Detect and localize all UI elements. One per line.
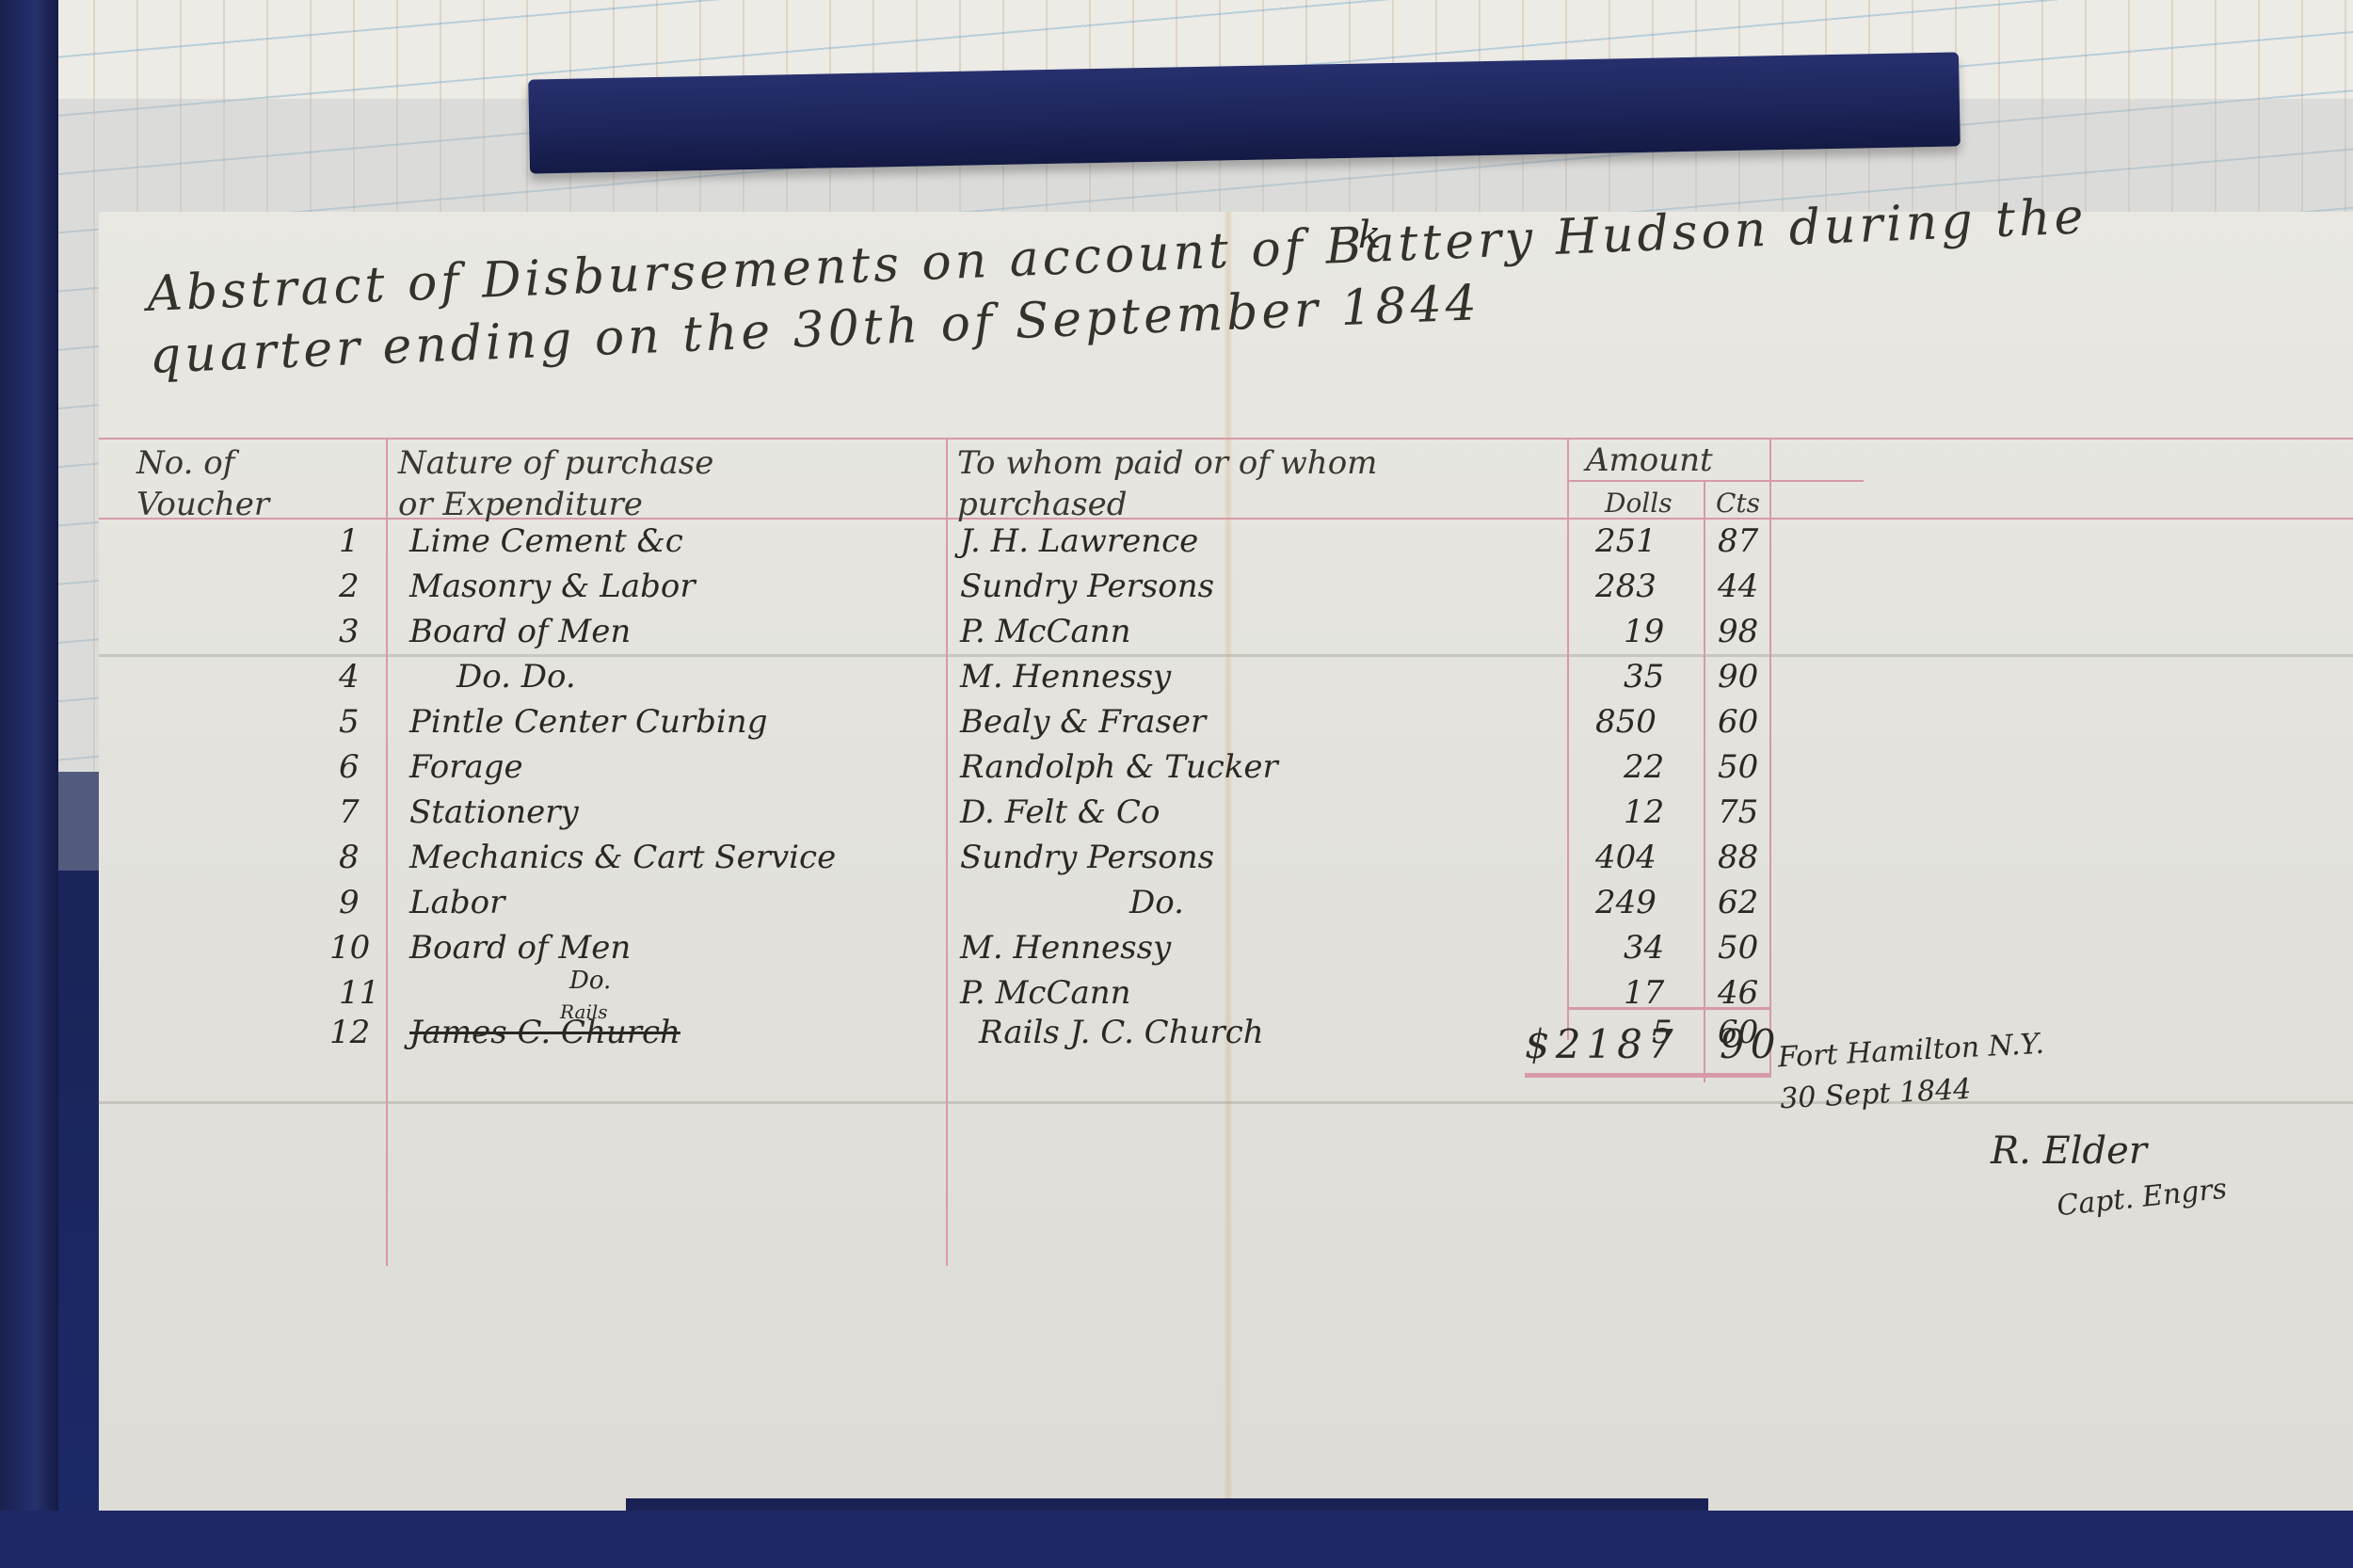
cents-cell: 88 (1718, 839, 1758, 876)
cents-cell: 75 (1718, 793, 1758, 831)
header-voucher-line1: No. of (136, 442, 269, 484)
dollars-cell: 850 (1595, 703, 1657, 741)
header-payee: To whom paid or of whom purchased (957, 442, 1377, 525)
cents-cell: 50 (1718, 748, 1758, 786)
total-amount: $2187 90 (1525, 1021, 1781, 1067)
nature-cell-struck: James C. Church (409, 1014, 680, 1051)
voucher-number: 2 (339, 568, 360, 605)
nature-cell: Lime Cement &c (409, 522, 683, 560)
header-voucher-line2: Voucher (136, 484, 269, 525)
payee-cell: P. McCann (960, 974, 1131, 1012)
nature-cell: Do. Do. (456, 658, 576, 696)
payee-cell: Randolph & Tucker (960, 748, 1278, 786)
nature-cell: Board of Men (409, 929, 631, 967)
dollars-cell: 283 (1595, 568, 1657, 605)
dollars-cell: 19 (1624, 613, 1664, 650)
table-row: 5 Pintle Center Curbing Bealy & Fraser 8… (99, 703, 1981, 748)
dollars-cell: 35 (1624, 658, 1664, 696)
nature-cell: Board of Men (409, 613, 631, 650)
dollars-cell: 251 (1595, 522, 1657, 560)
voucher-number: 1 (339, 522, 360, 560)
nature-cell: Pintle Center Curbing (409, 703, 767, 741)
dollars-cell: 404 (1595, 839, 1657, 876)
bottom-velvet (0, 1511, 2353, 1568)
header-payee-line2: purchased (957, 484, 1377, 525)
nature-cell: Mechanics & Cart Service (409, 839, 836, 876)
voucher-number: 4 (339, 658, 360, 696)
header-cents: Cts (1716, 483, 1760, 524)
payee-cell: Bealy & Fraser (960, 703, 1206, 741)
table-row: 10 Board of Men M. Hennessy 34 50 (99, 929, 1981, 974)
table-row: 3 Board of Men P. McCann 19 98 (99, 613, 1981, 658)
table-row: 9 Labor Do. 249 62 (99, 884, 1981, 929)
payee-cell: D. Felt & Co (960, 793, 1160, 831)
nature-cell: Do. (569, 967, 611, 995)
voucher-number: 6 (339, 748, 360, 786)
left-frame-edge (0, 0, 58, 1568)
voucher-number: 7 (339, 793, 360, 831)
dollars-cell: 17 (1624, 974, 1664, 1012)
dollars-cell: 34 (1624, 929, 1664, 967)
table-row: 2 Masonry & Labor Sundry Persons 283 44 (99, 568, 1981, 613)
voucher-number: 8 (339, 839, 360, 876)
header-nature-line2: or Expenditure (398, 484, 713, 525)
voucher-number: 12 (329, 1014, 370, 1051)
voucher-number: 3 (339, 613, 360, 650)
cents-cell: 98 (1718, 613, 1758, 650)
cents-cell: 90 (1718, 658, 1758, 696)
payee-cell: Sundry Persons (960, 568, 1214, 605)
nature-cell: Labor (409, 884, 504, 921)
header-nature-line1: Nature of purchase (398, 442, 713, 484)
total-underline (1525, 1073, 1769, 1078)
cents-cell: 46 (1718, 974, 1758, 1012)
nature-cell: Masonry & Labor (409, 568, 696, 605)
total-cents: 90 (1720, 1021, 1781, 1067)
header-payee-line1: To whom paid or of whom (957, 442, 1377, 484)
dollars-cell: 22 (1624, 748, 1664, 786)
table-row: 8 Mechanics & Cart Service Sundry Person… (99, 839, 1981, 884)
dollars-cell: 12 (1624, 793, 1664, 831)
payee-cell: P. McCann (960, 613, 1131, 650)
payee-cell: Sundry Persons (960, 839, 1214, 876)
disbursement-document: k Abstract of Disbursements on account o… (99, 212, 2353, 1511)
header-nature: Nature of purchase or Expenditure (398, 442, 713, 525)
table-top-rule (99, 438, 2353, 440)
table-row: 7 Stationery D. Felt & Co 12 75 (99, 793, 1981, 839)
total-dollars: $2187 (1525, 1021, 1679, 1067)
header-amount: Amount (1586, 440, 1713, 481)
payee-cell: M. Hennessy (960, 658, 1171, 696)
nature-cell: Forage (409, 748, 523, 786)
cents-cell: 87 (1718, 522, 1758, 560)
nature-cell: Stationery (409, 793, 579, 831)
cents-cell: 44 (1718, 568, 1758, 605)
cents-cell: 62 (1718, 884, 1758, 921)
voucher-number: 9 (339, 884, 360, 921)
place-and-date: Fort Hamilton N.Y. 30 Sept 1844 (1777, 1024, 2047, 1121)
header-voucher: No. of Voucher (136, 442, 269, 525)
table-row: 11 Do. P. McCann 17 46 (99, 974, 1981, 1019)
header-dollars: Dolls (1605, 483, 1673, 524)
table-row: 1 Lime Cement &c J. H. Lawrence 251 87 (99, 522, 1981, 568)
signer-rank: Capt. Engrs (2056, 1173, 2229, 1224)
cents-cell: 50 (1718, 929, 1758, 967)
voucher-number: 10 (329, 929, 370, 967)
payee-cell: Rails J. C. Church (979, 1014, 1264, 1051)
signature: R. Elder (1991, 1129, 2147, 1173)
payee-cell: J. H. Lawrence (960, 522, 1198, 560)
table-row: 6 Forage Randolph & Tucker 22 50 (99, 748, 1981, 793)
voucher-number: 5 (339, 703, 360, 741)
voucher-number: 11 (339, 974, 379, 1012)
dollars-cell: 249 (1595, 884, 1657, 921)
cents-cell: 60 (1718, 703, 1758, 741)
payee-cell: M. Hennessy (960, 929, 1171, 967)
table-row: 4 Do. Do. M. Hennessy 35 90 (99, 658, 1981, 703)
payee-cell: Do. (1129, 884, 1184, 921)
